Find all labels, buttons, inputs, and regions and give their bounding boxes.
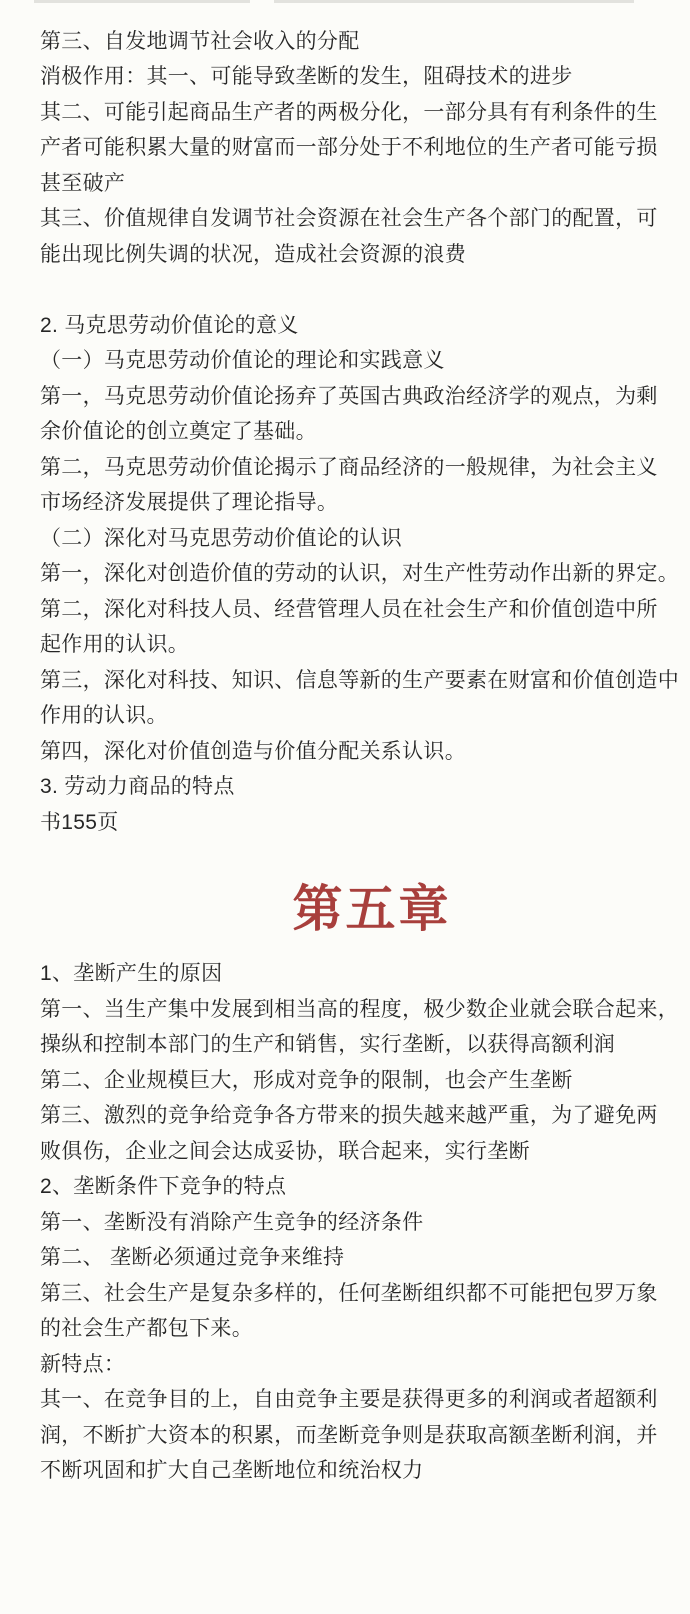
text-line: 3. 劳动力商品的特点	[40, 768, 672, 804]
text-line: 消极作用：其一、可能导致垄断的发生，阻碍技术的进步	[40, 58, 672, 94]
text-line: 其一、在竞争目的上，自由竞争主要是获得更多的利润或者超额利	[40, 1381, 672, 1417]
text-line: 润，不断扩大资本的积累，而垄断竞争则是获取高额垄断利润，并	[40, 1416, 672, 1452]
text-line: 作用的认识。	[40, 697, 672, 733]
text-line: 第三、激烈的竞争给竞争各方带来的损失越来越严重，为了避免两	[40, 1097, 672, 1133]
text-line: 2、垄断条件下竞争的特点	[40, 1168, 672, 1204]
text-line: 第二，深化对科技人员、经营管理人员在社会生产和价值创造中所	[40, 590, 672, 626]
text-line: 产者可能积累大量的财富而一部分处于不利地位的生产者可能亏损	[40, 129, 672, 165]
text-line: 甚至破产	[40, 164, 672, 200]
text-line: 其二、可能引起商品生产者的两极分化，一部分具有有利条件的生	[40, 93, 672, 129]
text-line: 的社会生产都包下来。	[40, 1310, 672, 1346]
text-line: 第二，马克思劳动价值论揭示了商品经济的一般规律，为社会主义	[40, 448, 672, 484]
chapter-heading: 第五章	[72, 881, 672, 937]
text-line: （一）马克思劳动价值论的理论和实践意义	[40, 342, 672, 378]
text-line: （二）深化对马克思劳动价值论的认识	[40, 519, 672, 555]
notes-page: 第三、自发地调节社会收入的分配消极作用：其一、可能导致垄断的发生，阻碍技术的进步…	[0, 0, 690, 1614]
text-line: 第二、企业规模巨大，形成对竞争的限制，也会产生垄断	[40, 1061, 672, 1097]
text-line: 第四，深化对价值创造与价值分配关系认识。	[40, 732, 672, 768]
text-line: 第一，马克思劳动价值论扬弃了英国古典政治经济学的观点，为剩	[40, 377, 672, 413]
text-line: 市场经济发展提供了理论指导。	[40, 484, 672, 520]
text-line: 不断巩固和扩大自己垄断地位和统治权力	[40, 1452, 672, 1488]
text-line: 新特点：	[40, 1345, 672, 1381]
text-line: 第三、社会生产是复杂多样的，任何垄断组织都不可能把包罗万象	[40, 1274, 672, 1310]
document-content: 第三、自发地调节社会收入的分配消极作用：其一、可能导致垄断的发生，阻碍技术的进步…	[0, 0, 690, 1487]
text-line: 第三、自发地调节社会收入的分配	[40, 22, 672, 58]
text-line: 第三，深化对科技、知识、信息等新的生产要素在财富和价值创造中	[40, 661, 672, 697]
text-line: 其三、价值规律自发调节社会资源在社会生产各个部门的配置，可	[40, 200, 672, 236]
text-line: 余价值论的创立奠定了基础。	[40, 413, 672, 449]
text-line: 第一、当生产集中发展到相当高的程度，极少数企业就会联合起来，	[40, 990, 672, 1026]
text-line: 书155页	[40, 803, 672, 839]
text-line: 2. 马克思劳动价值论的意义	[40, 306, 672, 342]
text-line: 起作用的认识。	[40, 626, 672, 662]
text-line	[40, 271, 672, 307]
text-line: 第一，深化对创造价值的劳动的认识，对生产性劳动作出新的界定。	[40, 555, 672, 591]
text-line: 第二、 垄断必须通过竞争来维持	[40, 1239, 672, 1275]
text-line: 败俱伤，企业之间会达成妥协，联合起来，实行垄断	[40, 1132, 672, 1168]
text-line: 1、垄断产生的原因	[40, 955, 672, 991]
text-line: 操纵和控制本部门的生产和销售，实行垄断，以获得高额利润	[40, 1026, 672, 1062]
text-line: 能出现比例失调的状况，造成社会资源的浪费	[40, 235, 672, 271]
text-line: 第一、垄断没有消除产生竞争的经济条件	[40, 1203, 672, 1239]
